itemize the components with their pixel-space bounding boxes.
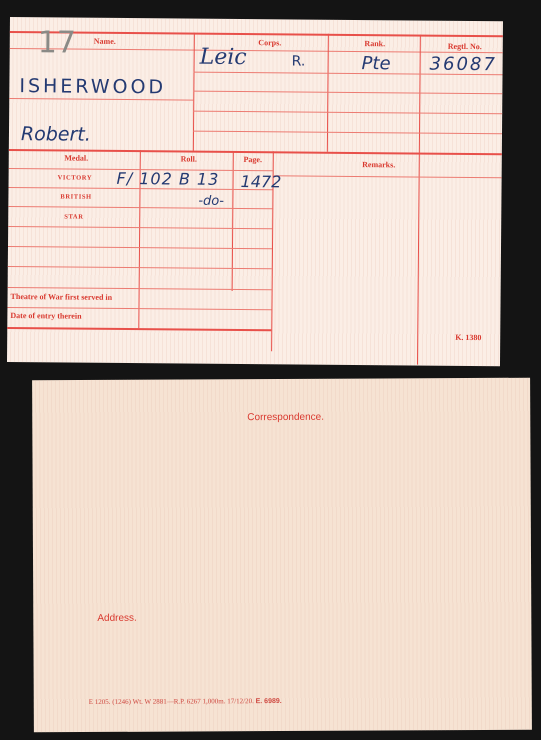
theatre-label: Theatre of War first served in: [11, 292, 113, 302]
address-label: Address.: [97, 613, 137, 624]
victory-roll: F/ 102 B 13: [117, 169, 220, 189]
medal-index-card-back: Correspondence. Address. E 1205. (1246) …: [32, 378, 532, 733]
footer-print-text: E 1205. (1246) Wt. W 2881—R.P. 6267 1,00…: [89, 697, 254, 706]
page-header: Page.: [237, 155, 269, 164]
footer-print: E 1205. (1246) Wt. W 2881—R.P. 6267 1,00…: [89, 697, 282, 706]
corps-suffix: R.: [292, 53, 306, 69]
remarks-header: Remarks.: [349, 160, 409, 170]
divider: [193, 91, 502, 95]
medal-star-label: Star: [64, 213, 83, 220]
regt-no-header: Regtl. No.: [430, 42, 500, 52]
date-entry-label: Date of entry therein: [10, 311, 81, 321]
rank-header: Rank.: [345, 39, 405, 49]
divider: [273, 175, 502, 178]
divider: [193, 111, 502, 115]
divider: [417, 35, 421, 365]
divider: [9, 98, 193, 101]
rank-value: Pte: [362, 53, 391, 74]
form-code: K. 1380: [455, 333, 481, 342]
medal-header: Medal.: [49, 153, 104, 162]
medal-victory-label: Victory: [58, 174, 93, 181]
corps-header: Corps.: [240, 38, 300, 48]
pencil-mark: 17: [38, 25, 76, 60]
name-header: Name.: [70, 37, 140, 47]
regt-no-value: 36087: [430, 54, 497, 76]
surname: ISHERWOOD: [19, 75, 166, 98]
correspondence-label: Correspondence.: [247, 412, 324, 423]
victory-page: 1472: [240, 172, 281, 191]
forename: Robert.: [21, 123, 91, 146]
roll-header: Roll.: [164, 154, 214, 163]
medal-index-card-front: Name. Corps. Rank. Regtl. No. 17 ISHERWO…: [7, 17, 503, 366]
british-roll: -do-: [198, 194, 224, 209]
divider: [193, 131, 502, 135]
divider: [232, 151, 234, 291]
divider: [7, 327, 271, 331]
corps-value: Leic: [200, 45, 247, 70]
medal-british-label: British: [60, 193, 91, 200]
footer-code: E. 6989.: [256, 698, 282, 705]
divider: [7, 307, 271, 310]
